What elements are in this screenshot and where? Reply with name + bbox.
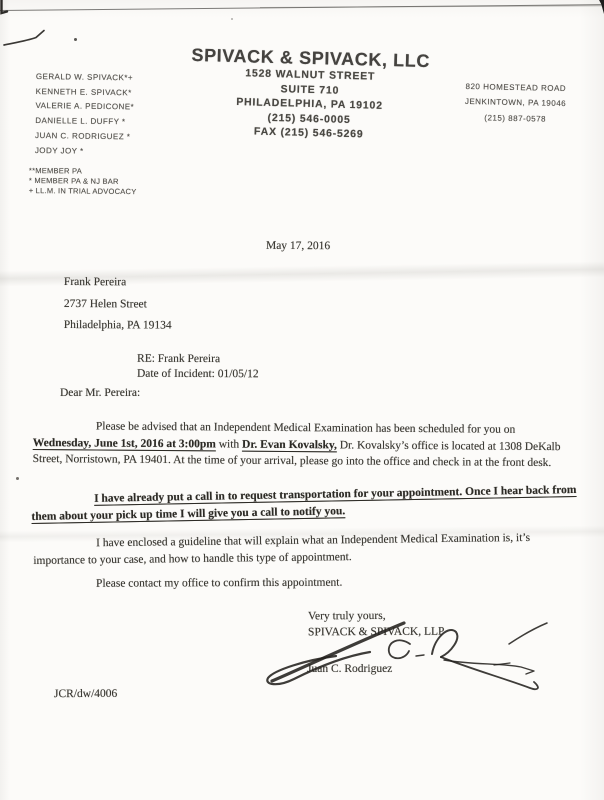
footnote: + LL.M. IN TRIAL ADVOCACY: [29, 186, 137, 197]
scanned-letter-page: GERALD W. SPIVACK*+ KENNETH E. SPIVACK* …: [0, 0, 604, 800]
footnote: * MEMBER PA & NJ BAR: [29, 176, 137, 187]
recipient-street: 2737 Helen Street: [64, 293, 172, 315]
bar-membership-footnotes: **MEMBER PA * MEMBER PA & NJ BAR + LL.M.…: [29, 166, 137, 197]
recipient-name: Frank Pereira: [64, 272, 172, 294]
signature-scrawl: [258, 608, 558, 703]
body-paragraph-4-confirm: Please contact my office to confirm this…: [33, 574, 573, 593]
attorney-name: GERALD W. SPIVACK*+: [36, 70, 135, 86]
re-line: RE: Frank Pereira: [137, 352, 259, 368]
branch-office-block: 820 HOMESTEAD ROAD JENKINTOWN, PA 19046 …: [435, 78, 596, 127]
recipient-address: Frank Pereira 2737 Helen Street Philadel…: [64, 272, 172, 337]
branch-phone: (215) 887-0578: [435, 109, 595, 128]
appointment-datetime: Wednesday, June 1st, 2016 at 3:00pm: [33, 436, 216, 449]
re-block: RE: Frank Pereira Date of Incident: 01/0…: [137, 352, 259, 383]
incident-date-line: Date of Incident: 01/05/12: [137, 367, 259, 383]
letter-date: May 17, 2016: [266, 240, 330, 252]
salutation: Dear Mr. Pereira:: [60, 387, 140, 399]
recipient-city: Philadelphia, PA 19134: [64, 315, 172, 337]
attorney-name: KENNETH E. SPIVACK*: [36, 85, 135, 101]
attorney-name: JODY JOY *: [35, 144, 134, 160]
attorney-name: DANIELLE L. DUFFY *: [35, 114, 134, 130]
body-paragraph-1: Please be advised that an Independent Me…: [33, 418, 573, 472]
body-paragraph-3-guideline: I have enclosed a guideline that will ex…: [33, 529, 573, 569]
attorney-name: JUAN C. RODRIGUEZ *: [35, 129, 134, 145]
doctor-name: Dr. Evan Kovalsky,: [242, 438, 337, 451]
reference-initials: JCR/dw/4006: [54, 688, 117, 700]
para1-text: Please be advised that an Independent Me…: [96, 420, 515, 435]
attorney-name: VALERIE A. PEDICONE*: [35, 99, 134, 115]
para1-text: with: [216, 438, 242, 450]
firm-address-block: SPIVACK & SPIVACK, LLC 1528 WALNUT STREE…: [159, 44, 461, 145]
attorney-list: GERALD W. SPIVACK*+ KENNETH E. SPIVACK* …: [35, 70, 135, 160]
